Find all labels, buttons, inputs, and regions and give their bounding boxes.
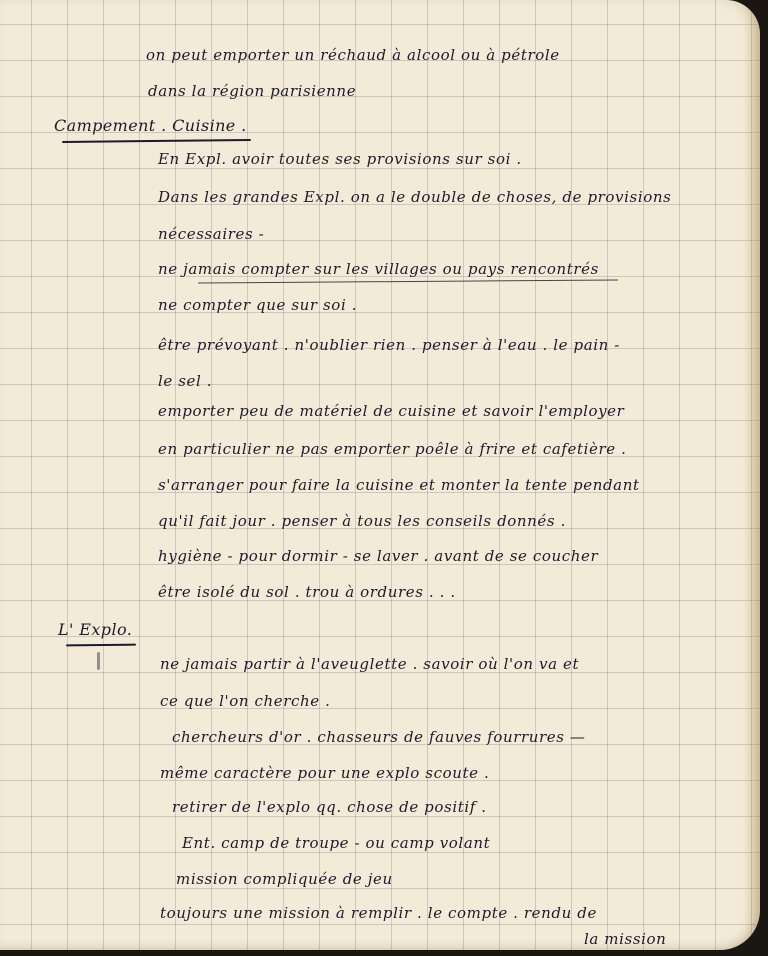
section-heading: Campement . Cuisine . [54, 116, 247, 135]
handwritten-line: qu'il fait jour . penser à tous les cons… [158, 514, 566, 529]
handwritten-line: nécessaires - [158, 227, 264, 242]
page-edge-shadow [744, 0, 760, 950]
notebook-page: on peut emporter un réchaud à alcool ou … [0, 0, 760, 950]
handwritten-line: ne jamais partir à l'aveuglette . savoir… [160, 657, 579, 672]
handwritten-line: même caractère pour une explo scoute . [160, 766, 489, 781]
handwritten-line: le sel . [158, 374, 212, 389]
handwritten-line: mission compliquée de jeu [176, 872, 393, 887]
handwritten-line: la mission [584, 932, 666, 947]
handwritten-line: ne compter que sur soi . [158, 298, 357, 313]
handwritten-line: emporter peu de matériel de cuisine et s… [158, 404, 624, 419]
handwritten-line: hygiène - pour dormir - se laver . avant… [158, 549, 598, 564]
margin-mark [97, 652, 100, 670]
handwritten-line: dans la région parisienne [148, 84, 356, 99]
handwritten-line: chercheurs d'or . chasseurs de fauves fo… [172, 730, 586, 745]
handwritten-line: Dans les grandes Expl. on a le double de… [158, 190, 671, 205]
handwritten-line: retirer de l'explo qq. chose de positif … [172, 800, 487, 815]
handwritten-line: toujours une mission à remplir . le comp… [160, 906, 597, 921]
handwritten-line: ce que l'on cherche . [160, 694, 331, 709]
handwritten-line: En Expl. avoir toutes ses provisions sur… [158, 152, 522, 167]
handwritten-line: être isolé du sol . trou à ordures . . . [158, 585, 456, 600]
handwritten-line: Ent. camp de troupe - ou camp volant [182, 836, 490, 851]
section-heading: L' Explo. [58, 620, 132, 639]
handwritten-line: être prévoyant . n'oublier rien . penser… [158, 338, 620, 353]
handwritten-line: s'arranger pour faire la cuisine et mont… [158, 478, 640, 493]
handwritten-line: en particulier ne pas emporter poêle à f… [158, 442, 627, 457]
handwritten-line: ne jamais compter sur les villages ou pa… [158, 262, 599, 277]
text-underline [198, 280, 618, 284]
handwritten-line: on peut emporter un réchaud à alcool ou … [146, 48, 560, 63]
